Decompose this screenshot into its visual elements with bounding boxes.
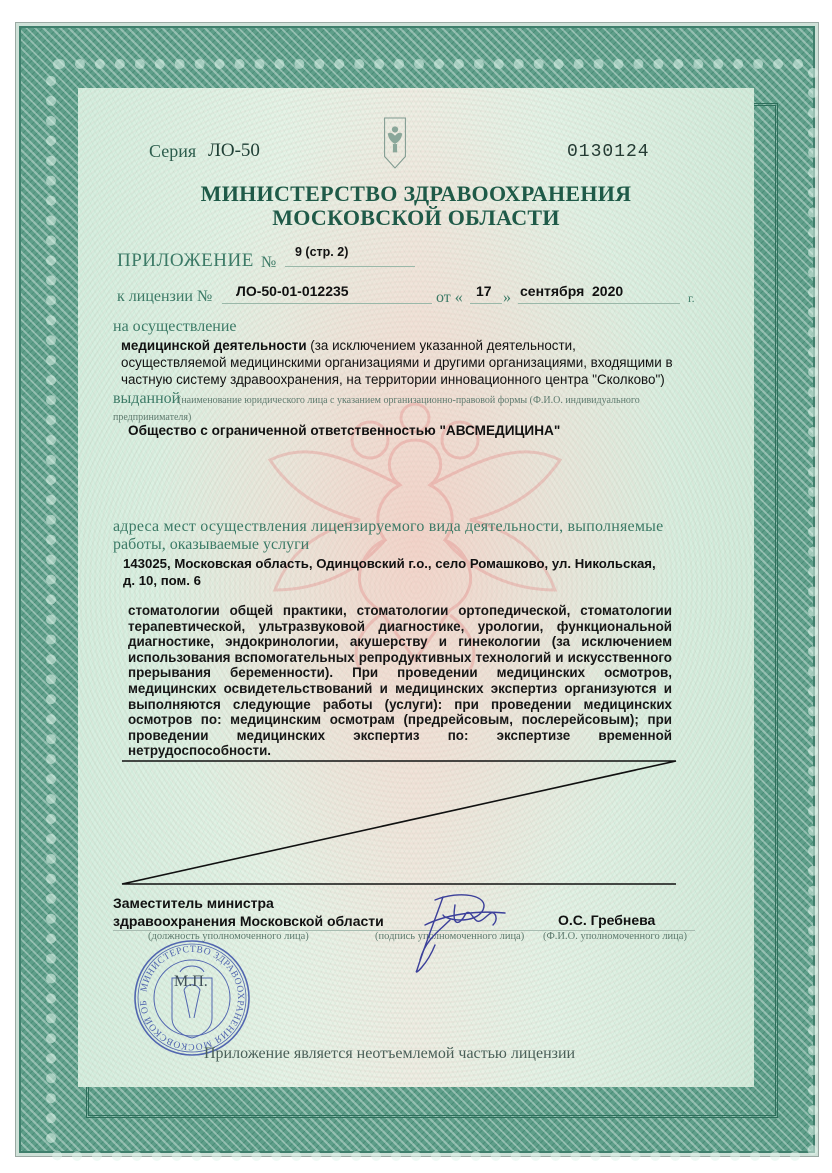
handwritten-signature-icon — [365, 885, 535, 980]
signatory-name: О.С. Гребнева — [558, 911, 655, 929]
signatory-position-line2: здравоохранения Московской области — [113, 912, 384, 930]
stamp-label: М.П. — [174, 973, 208, 991]
signatory-position-line1: Заместитель министра — [113, 894, 274, 912]
caption-name: (Ф.И.О. уполномоченного лица) — [543, 931, 687, 942]
stamp-ring-text: МИНИСТЕРСТВО ЗДРАВООХРАНЕНИЯ МОСКОВСКОЙ … — [132, 938, 245, 1051]
footer-note: Приложение является неотъемлемой частью … — [204, 1045, 575, 1063]
svg-text:МИНИСТЕРСТВО ЗДРАВООХРАНЕНИЯ М: МИНИСТЕРСТВО ЗДРАВООХРАНЕНИЯ МОСКОВСКОЙ … — [132, 938, 245, 1051]
strikeout-lines — [0, 0, 832, 1173]
official-seal-stamp-icon: МИНИСТЕРСТВО ЗДРАВООХРАНЕНИЯ МОСКОВСКОЙ … — [132, 938, 252, 1058]
